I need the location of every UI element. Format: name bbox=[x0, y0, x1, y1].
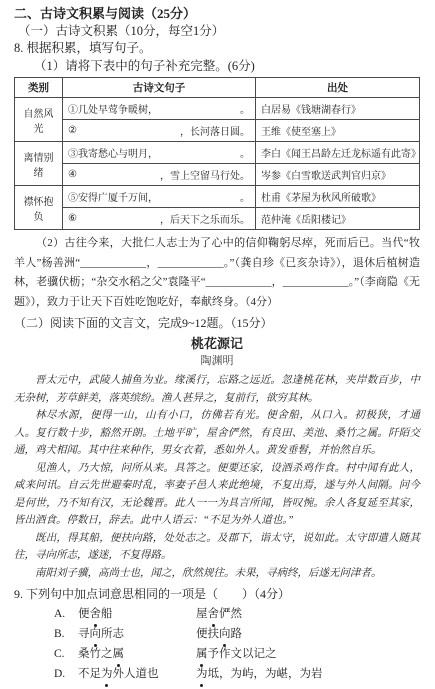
dotted-char: 为 bbox=[101, 664, 113, 684]
option-phrase-left: 不足为外人道也 bbox=[78, 664, 196, 684]
sentence-text: ⑥ bbox=[68, 213, 77, 224]
dotted-char: 属 bbox=[196, 644, 208, 664]
dotted-char: 舍 bbox=[90, 604, 102, 624]
option-phrase-left: 便舍船 bbox=[78, 604, 196, 624]
category-aspiration: 襟怀抱负 bbox=[15, 186, 63, 230]
dotted-char: 向 bbox=[219, 624, 231, 644]
source-cell: 杜甫《茅屋为秋风所破歌》 bbox=[256, 186, 420, 208]
option-phrase-left: 寻向所志 bbox=[78, 624, 196, 644]
dotted-char: 为 bbox=[196, 664, 208, 684]
exam-page: 二、古诗文积累与阅读（25分） （一）古诗文积累（10分，每空1分） 8. 根据… bbox=[0, 0, 435, 684]
dotted-char: 舍 bbox=[208, 604, 220, 624]
dotted-char: 属 bbox=[113, 644, 125, 664]
essay-paragraph: 既出，得其船，便扶向路，处处志之。及郡下，诣太守，说如此。太守即遣人随其往，寻向… bbox=[14, 530, 420, 565]
col-header-sentence: 古诗文句子 bbox=[63, 78, 256, 98]
table-row: 自然风光 ①几处早莺争暖树， 。 白居易《钱塘湖春行》 bbox=[15, 98, 420, 120]
essay-paragraph: 晋太元中，武陵人捕鱼为业。缘溪行，忘路之远近。忽逢桃花林，夹岸数百步，中无杂树，… bbox=[14, 372, 420, 407]
category-parting: 离情别绪 bbox=[15, 142, 63, 186]
col-header-source: 出处 bbox=[256, 78, 420, 98]
sentence-tail: ，雪上空留马行处。 bbox=[160, 167, 250, 182]
option-phrase-right: 便扶向路 bbox=[196, 624, 420, 644]
sentence-text: ①几处早莺争暖树， bbox=[68, 101, 158, 116]
sentence-text: ② bbox=[68, 125, 77, 136]
table-row: 襟怀抱负 ⑤安得广厦千万间， 。 杜甫《茅屋为秋风所破歌》 bbox=[15, 186, 420, 208]
sentence-tail: 。 bbox=[240, 189, 250, 204]
essay-paragraph: 南阳刘子骥，高尚士也，闻之，欣然规往。未果，寻病终，后遂无问津者。 bbox=[14, 565, 420, 583]
table-row: 离情别绪 ③我寄愁心与明月， 。 李白《闻王昌龄左迁龙标遥有此寄》 bbox=[15, 142, 420, 164]
question-8-stem: 8. 根据积累，填写句子。 bbox=[14, 40, 420, 58]
option-phrase-right: 屋舍俨然 bbox=[196, 604, 420, 624]
question-9-stem: 9. 下列句中加点词意思相同的一项是（ ）（4分） bbox=[14, 585, 420, 604]
essay-title: 桃花源记 bbox=[14, 335, 420, 353]
sentence-cell: ④ ，雪上空留马行处。 bbox=[63, 164, 256, 186]
essay-author: 陶渊明 bbox=[14, 354, 420, 369]
essay-paragraph: 林尽水源，便得一山，山有小口，仿佛若有光。便舍船，从口入。初极狭，才通人。复行数… bbox=[14, 407, 420, 460]
sentence-cell: ⑥ ，后天下之乐而乐。 bbox=[63, 208, 256, 230]
option-label: D. bbox=[54, 664, 78, 684]
essay-body: 晋太元中，武陵人捕鱼为业。缘溪行，忘路之远近。忽逢桃花林，夹岸数百步，中无杂树，… bbox=[14, 372, 420, 582]
option-label: A. bbox=[54, 604, 78, 624]
sentence-tail: 。 bbox=[240, 145, 250, 160]
question-9-option-c: C. 桑竹之属 属予作文以记之 bbox=[14, 644, 420, 664]
sentence-cell: ①几处早莺争暖树， 。 bbox=[63, 98, 256, 120]
sentence-tail: ，长河落日圆。 bbox=[180, 123, 250, 138]
option-phrase-right: 为坻，为屿，为嵁，为岩 bbox=[196, 664, 420, 684]
table-row: ④ ，雪上空留马行处。 岑参《白雪歌送武判官归京》 bbox=[15, 164, 420, 186]
sentence-cell: ⑤安得广厦千万间， 。 bbox=[63, 186, 256, 208]
option-phrase-right: 属予作文以记之 bbox=[196, 644, 420, 664]
source-cell: 岑参《白雪歌送武判官归京》 bbox=[256, 164, 420, 186]
table-header-row: 类别 古诗文句子 出处 bbox=[15, 78, 420, 98]
sentence-text: ③我寄愁心与明月， bbox=[68, 145, 158, 160]
sentence-text: ④ bbox=[68, 169, 77, 180]
sentence-tail: 。 bbox=[240, 101, 250, 116]
source-cell: 王维《使至塞上》 bbox=[256, 120, 420, 142]
question-9-option-a: A. 便舍船 屋舍俨然 bbox=[14, 604, 420, 624]
option-phrase-left: 桑竹之属 bbox=[78, 644, 196, 664]
col-header-category: 类别 bbox=[15, 78, 63, 98]
question-8-1-stem: （1）请将下表中的句子补充完整。(6分) bbox=[14, 58, 420, 76]
question-8-2-paragraph: （2）古往今来，大批仁人志士为了心中的信仰鞠躬尽瘁，死而后已。当代“牧羊人”杨善… bbox=[14, 234, 420, 312]
source-cell: 白居易《钱塘湖春行》 bbox=[256, 98, 420, 120]
dotted-char: 向 bbox=[90, 624, 102, 644]
section-heading: 二、古诗文积累与阅读（25分） bbox=[14, 5, 420, 23]
table-row: ② ，长河落日圆。 王维《使至塞上》 bbox=[15, 120, 420, 142]
option-label: C. bbox=[54, 644, 78, 664]
source-cell: 李白《闻王昌龄左迁龙标遥有此寄》 bbox=[256, 142, 420, 164]
category-nature: 自然风光 bbox=[15, 98, 63, 142]
essay-paragraph: 见渔人，乃大惊，问所从来。具答之。便要还家，设酒杀鸡作食。村中闻有此人，咸来问讯… bbox=[14, 460, 420, 530]
sentence-cell: ② ，长河落日圆。 bbox=[63, 120, 256, 142]
option-label: B. bbox=[54, 624, 78, 644]
question-9-option-d: D. 不足为外人道也 为坻，为屿，为嵁，为岩 bbox=[14, 664, 420, 684]
question-9-option-b: B. 寻向所志 便扶向路 bbox=[14, 624, 420, 644]
part1-heading: （一）古诗文积累（10分，每空1分） bbox=[14, 23, 420, 41]
part2-heading: （二）阅读下面的文言文，完成9~12题。（15分） bbox=[14, 314, 420, 332]
sentence-text: ⑤安得广厦千万间， bbox=[68, 189, 158, 204]
table-row: ⑥ ，后天下之乐而乐。 范仲淹《岳阳楼记》 bbox=[15, 208, 420, 230]
sentence-tail: ，后天下之乐而乐。 bbox=[160, 211, 250, 226]
source-cell: 范仲淹《岳阳楼记》 bbox=[256, 208, 420, 230]
poetry-fill-table: 类别 古诗文句子 出处 自然风光 ①几处早莺争暖树， 。 白居易《钱塘湖春行》 bbox=[14, 77, 420, 230]
sentence-cell: ③我寄愁心与明月， 。 bbox=[63, 142, 256, 164]
